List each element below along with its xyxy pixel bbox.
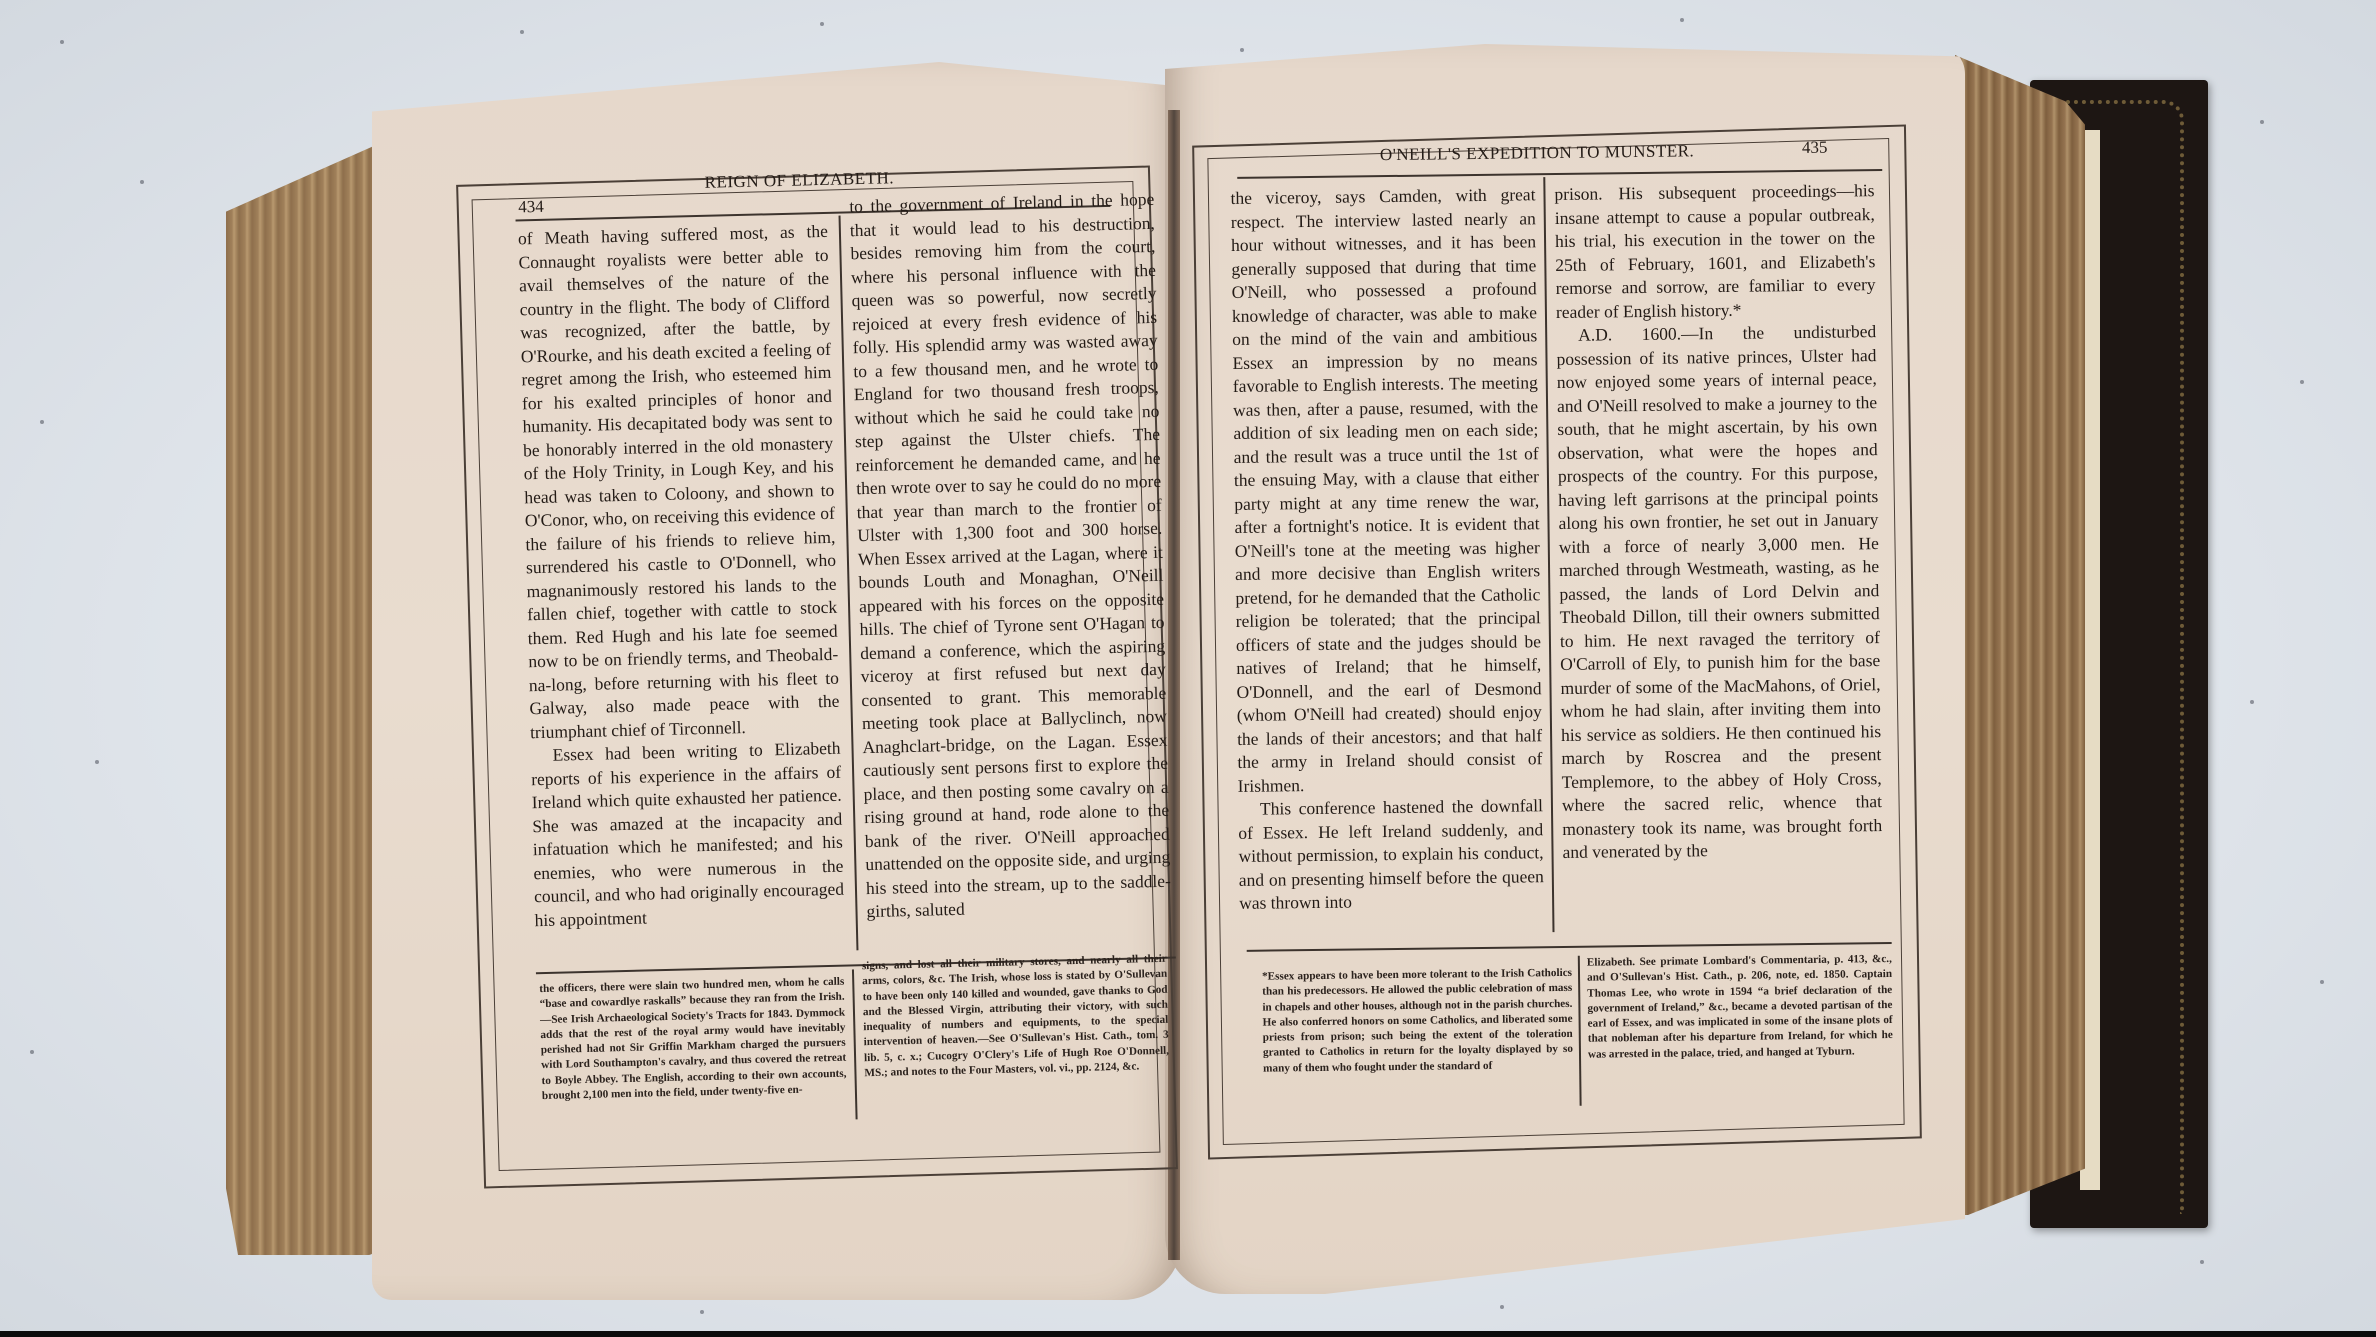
column-divider: [1543, 177, 1554, 932]
footnote-column-2: Elizabeth. See primate Lombard's Comment…: [1587, 952, 1893, 1063]
footnote-rule: [1247, 942, 1892, 951]
bottom-edge: [0, 1331, 2376, 1337]
right-page-content: O'NEILL'S EXPEDITION TO MUNSTER. 435 the…: [0, 0, 2376, 1337]
text-column-1: the viceroy, says Camden, with great res…: [1230, 183, 1544, 915]
paragraph: the viceroy, says Camden, with great res…: [1230, 183, 1542, 798]
paragraph: This conference hastened the downfall of…: [1238, 794, 1544, 915]
header-rule: [1237, 169, 1882, 179]
page-number: 435: [1802, 138, 1828, 158]
footnote-column-1: *Essex appears to have been more toleran…: [1262, 966, 1573, 1077]
running-head: O'NEILL'S EXPEDITION TO MUNSTER.: [1380, 141, 1694, 165]
text-column-2: prison. His subsequent proceedings—his i…: [1554, 179, 1882, 864]
paragraph: prison. His subsequent proceedings—his i…: [1554, 179, 1876, 324]
paragraph: A.D. 1600.—In the undisturbed possession…: [1556, 320, 1883, 864]
footnote-divider: [1578, 956, 1581, 1106]
